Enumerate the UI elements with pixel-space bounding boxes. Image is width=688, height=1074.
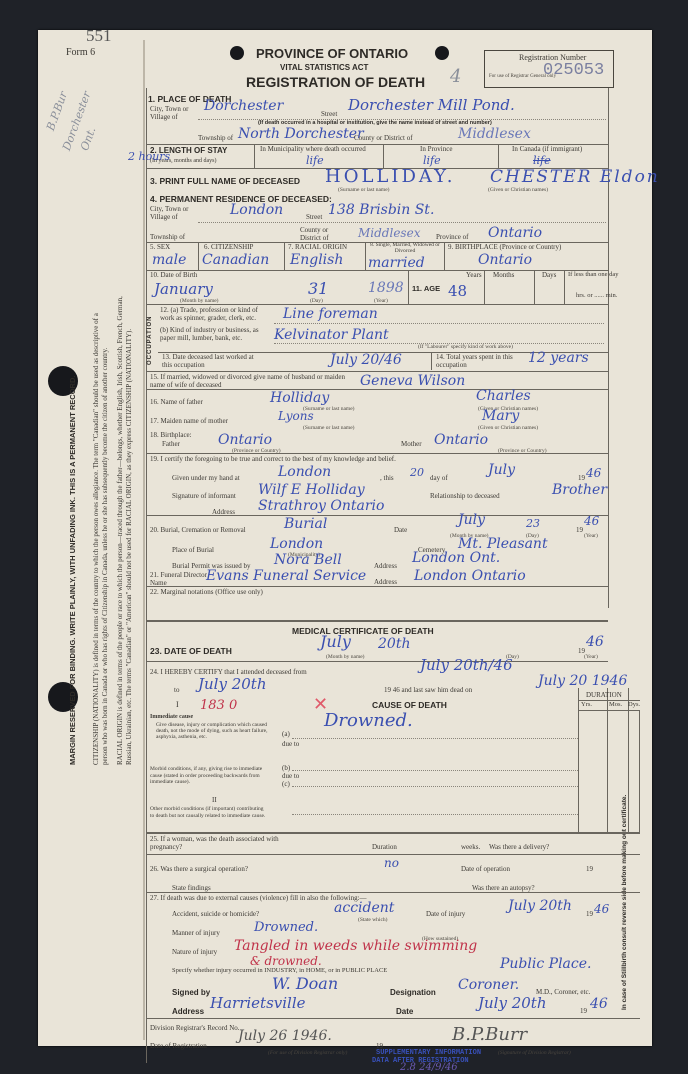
marital-status-label: 8. Single, Married, Widowed or Divorced xyxy=(368,242,442,254)
injury-location: Public Place. xyxy=(500,956,591,972)
occupation-side-label: OCCUPATION xyxy=(147,316,153,365)
permit-address-label: Address xyxy=(374,562,397,570)
place-of-death-county: Middlesex xyxy=(458,126,531,142)
certification-place: London xyxy=(278,464,331,480)
binding-margin-rule xyxy=(143,40,145,1040)
residence-province: Ontario xyxy=(488,225,542,241)
place-of-death-city: Dorchester xyxy=(204,98,283,114)
informant-signature: Wilf E Holliday xyxy=(258,482,365,498)
funeral-director-name: Evans Funeral Service xyxy=(206,568,366,584)
mother-surname: Lyons xyxy=(278,409,314,423)
due-to-label: due to xyxy=(282,740,299,748)
registrar-signature-label: (Signature of Division Registrar) xyxy=(498,1050,571,1056)
mother-birthplace: Ontario xyxy=(434,432,488,448)
cause-line-b: (b) xyxy=(282,764,290,772)
dob-label: 10. Date of Birth xyxy=(150,271,197,279)
racial-origin-value: English xyxy=(290,252,343,268)
stay-province-label: In Province xyxy=(420,145,452,153)
father-given: Charles xyxy=(476,388,531,404)
age-years: 48 xyxy=(448,282,467,300)
stay-municipality: life xyxy=(306,154,324,167)
attended-from: July 20th/46 xyxy=(420,656,513,674)
certification-month: July xyxy=(488,462,515,478)
registrar-signature: B.P.Burr xyxy=(452,1024,527,1045)
city-label: City, Town or Village of xyxy=(150,105,200,121)
margin-racial-note: RACIAL ORIGIN is defined in terms of the… xyxy=(116,296,124,765)
mother-given-caption: (Given or Christian names) xyxy=(478,425,538,431)
province-title: PROVINCE OF ONTARIO xyxy=(256,46,408,61)
father-name-label: 16. Name of father xyxy=(150,398,203,406)
signed-date-label: Date xyxy=(396,1007,413,1016)
nature-of-injury-label: Nature of injury xyxy=(172,948,217,956)
informant-address: Strathroy Ontario xyxy=(258,498,384,514)
given-at-label: Given under my hand at xyxy=(172,474,240,482)
age-label: 11. AGE xyxy=(412,284,440,293)
last-saw-label: 19 46 and last saw him dead on xyxy=(384,686,472,694)
margin-handwritten-note: Ont. xyxy=(78,125,98,152)
stay-municipality-label: In Municipality where death occurred xyxy=(260,145,366,153)
medical-certificate-title: MEDICAL CERTIFICATE OF DEATH xyxy=(292,626,434,636)
years-spent-label: 14. Total years spent in this occupation xyxy=(436,353,526,369)
accident-value: accident xyxy=(334,900,394,916)
last-saw-date: July 20 1946 xyxy=(538,673,627,689)
residence-street: 138 Brisbin St. xyxy=(328,202,434,218)
delivery-question: Was there a delivery? xyxy=(489,843,549,851)
margin-citizenship-note-2: person who was born in Canada or who has… xyxy=(101,348,109,765)
accident-question: Accident, suicide or homicide? xyxy=(172,910,259,918)
surgical-operation-value: no xyxy=(384,856,399,870)
deceased-surname: HOLLIDAY. xyxy=(325,166,455,187)
citizenship-value: Canadian xyxy=(202,252,269,268)
marital-status-value: married xyxy=(368,255,425,271)
registration-sublabel: For use of Registrar General only xyxy=(489,74,556,79)
certification-label: 19. I certify the foregoing to be true a… xyxy=(150,455,396,463)
birthplace-label: 9. BIRTHPLACE (Province or Country) xyxy=(448,243,561,251)
racial-origin-label: 7. RACIAL ORIGIN xyxy=(288,243,347,251)
supplementary-stamp-line1: SUPPLEMENTARY INFORMATION xyxy=(376,1049,481,1057)
date-of-death-month: July xyxy=(320,632,351,651)
punch-hole-icon xyxy=(230,46,244,60)
margin-racial-note-2: Russian, Ukrainian, etc. The terms "Cana… xyxy=(125,329,133,765)
duration-title: DURATION xyxy=(586,691,622,699)
autopsy-question: Was there an autopsy? xyxy=(472,884,535,892)
immediate-cause-desc: Give disease, injury or complication whi… xyxy=(156,722,268,740)
deceased-given-names: CHESTER Eldon xyxy=(490,167,660,187)
signed-by-label: Signed by xyxy=(172,988,210,997)
stay-canada: life xyxy=(533,154,551,167)
date-of-death-day: 20th xyxy=(378,636,410,652)
designation-label: Designation xyxy=(390,988,436,997)
last-worked-value: July 20/46 xyxy=(330,352,402,368)
dob-year: 1898 xyxy=(368,280,404,296)
age-months-label: Months xyxy=(493,271,514,279)
dod-year-caption: (Year) xyxy=(584,654,598,660)
injury-date: July 20th xyxy=(508,898,572,914)
signer-address: Harrietsville xyxy=(210,994,306,1012)
burial-label: 20. Burial, Cremation or Removal xyxy=(150,526,246,534)
immediate-cause-label: Immediate cause xyxy=(150,714,193,720)
designation-value: Coroner. xyxy=(458,977,519,993)
nature-of-injury-line2: & drowned. xyxy=(250,954,322,968)
signed-year: 46 xyxy=(590,996,608,1012)
burial-place: London xyxy=(270,536,323,552)
pregnancy-duration-label: Duration xyxy=(372,843,397,851)
margin-handwritten-note: B.P.Bur xyxy=(44,90,70,133)
dob-month: January xyxy=(154,280,213,298)
father-surname: Holliday xyxy=(270,390,329,406)
operation-date-label: Date of operation xyxy=(461,865,510,873)
labourer-note: (If "Labourer" specify kind of work abov… xyxy=(418,344,513,350)
full-name-label: 3. PRINT FULL NAME OF DECEASED xyxy=(150,176,300,186)
township-label: Township of xyxy=(198,134,233,142)
supplementary-stamp-date: 2.8 24/9/46 xyxy=(400,1062,458,1073)
weeks-label: weeks. xyxy=(461,843,480,851)
spouse-label: 15. If married, widowed or divorced give… xyxy=(150,373,360,389)
burial-type: Burial xyxy=(284,516,327,532)
findings-label: State findings xyxy=(172,884,211,892)
citizenship-label: 6. CITIZENSHIP xyxy=(204,243,253,251)
industry-value: Kelvinator Plant xyxy=(274,327,389,343)
trade-label: 12. (a) Trade, profession or kind of wor… xyxy=(160,306,270,322)
duration-years-col: Yrs. xyxy=(581,701,592,708)
sex-label: 5. SEX xyxy=(150,243,170,251)
cause-line-c: (c) xyxy=(282,780,290,788)
cause-of-death-title: CAUSE OF DEATH xyxy=(372,700,447,710)
mother-name-label: 17. Maiden name of mother xyxy=(150,417,228,425)
margin-citizenship-note: CITIZENSHIP (NATIONALITY) is defined in … xyxy=(92,313,100,765)
signed-by: W. Doan xyxy=(272,974,338,993)
father-birthplace-label: Father xyxy=(162,440,180,448)
cause-line-a: (a) xyxy=(282,730,290,738)
signed-year-prefix: 19 xyxy=(580,1007,587,1015)
corner-mark: 4 xyxy=(450,66,461,87)
residence-county: Middlesex xyxy=(358,226,420,240)
form-number: Form 6 xyxy=(66,47,95,58)
manner-of-injury: Drowned. xyxy=(254,920,318,935)
state-which-caption: (State which) xyxy=(358,917,387,923)
injury-year: 46 xyxy=(594,902,609,916)
to-label: to xyxy=(174,686,179,694)
page-title: REGISTRATION OF DEATH xyxy=(246,74,425,90)
county-label: County or District of xyxy=(354,134,413,142)
dod-month-caption: (Month by name) xyxy=(326,654,365,660)
mother-surname-caption: (Surname or last name) xyxy=(303,425,354,431)
operation-year-prefix: 19 xyxy=(586,865,593,873)
burial-permit-issuer: Nora Bell xyxy=(274,552,342,568)
residence-township-label: Township of xyxy=(150,233,185,241)
signer-address-label: Address xyxy=(172,1007,204,1016)
mother-given: Mary xyxy=(482,408,519,424)
marginal-notations-label: 22. Marginal notations (Office use only) xyxy=(150,588,263,596)
dob-day: 31 xyxy=(308,279,328,298)
surname-caption: (Surname or last name) xyxy=(338,187,389,193)
injury-location-label: Specify whether injury occurred in INDUS… xyxy=(172,967,387,974)
residence-street-label: Street xyxy=(306,213,322,221)
this-label: , this xyxy=(380,474,394,482)
page-number: 551 xyxy=(86,26,112,46)
burial-month: July xyxy=(458,512,485,528)
street-label: Street xyxy=(321,110,337,118)
father-birthplace: Ontario xyxy=(218,432,272,448)
place-of-death-street: Dorchester Mill Pond. xyxy=(348,96,515,114)
age-days-label: Days xyxy=(542,271,556,279)
place-of-death-township: North Dorchester xyxy=(238,126,364,142)
residence-city: London xyxy=(230,202,283,218)
relationship-label: Relationship to deceased xyxy=(430,492,500,500)
certification-year: 46 xyxy=(586,466,601,480)
permit-address: London Ont. xyxy=(412,550,500,566)
registration-date-label: Date of Registration xyxy=(150,1042,207,1050)
burial-year-prefix: 19 xyxy=(576,526,583,534)
due-to-label: due to xyxy=(282,772,299,780)
mother-birthplace-label: Mother xyxy=(401,440,422,448)
morbid-conditions-desc: Morbid conditions, if any, giving rise t… xyxy=(150,766,268,786)
day-of-label: day of xyxy=(430,474,448,482)
funeral-director-label: 21. Funeral Director Name xyxy=(150,571,210,587)
date-of-death-year: 46 xyxy=(586,634,604,650)
burial-day: 23 xyxy=(526,517,540,530)
roman-one: I xyxy=(176,700,179,709)
spouse-value: Geneva Wilson xyxy=(360,373,465,389)
industry-label: (b) Kind of industry or business, as pap… xyxy=(160,326,270,342)
sex-value: male xyxy=(152,252,186,268)
burial-date-label: Date xyxy=(394,526,407,534)
attended-to: July 20th xyxy=(198,675,267,693)
stay-canada-label: In Canada (if immigrant) xyxy=(512,145,582,153)
certification-day: 20 xyxy=(410,466,424,479)
registration-date: July 26 1946. xyxy=(238,1028,332,1044)
residence-province-label: Province of xyxy=(436,233,468,241)
funeral-address: London Ontario xyxy=(414,568,526,584)
margin-length-note: 2 hours xyxy=(128,150,170,163)
burial-year: 46 xyxy=(584,514,599,528)
act-title: VITAL STATISTICS ACT xyxy=(280,63,368,72)
manner-of-injury-label: Manner of injury xyxy=(172,929,220,937)
roman-two: II xyxy=(212,796,217,804)
years-spent-value: 12 years xyxy=(528,350,589,366)
duration-days-col: Dys. xyxy=(628,701,640,708)
registration-number-box: Registration Number 025053 For use of Re… xyxy=(484,50,614,88)
punch-hole-icon xyxy=(435,46,449,60)
trade-value: Line foreman xyxy=(283,306,378,322)
informant-label: Signature of informant xyxy=(172,492,236,500)
stillbirth-note: In case of Stillbirth consult reverse si… xyxy=(621,795,628,1010)
immediate-cause-value: Drowned. xyxy=(324,710,413,731)
margin-binding-note: MARGIN RESERVED FOR BINDING. WRITE PLAIN… xyxy=(68,376,77,765)
given-caption: (Given or Christian names) xyxy=(488,187,548,193)
pregnancy-question: 25. If a woman, was the death associated… xyxy=(150,835,300,851)
burial-place-label: Place of Burial xyxy=(172,546,214,554)
date-of-death-label: 23. DATE OF DEATH xyxy=(150,646,232,656)
residence-county-label: County or District of xyxy=(300,226,350,242)
division-registrar-use-label: (For use of Division Registrar only) xyxy=(268,1050,347,1056)
relationship-value: Brother xyxy=(552,482,607,498)
duration-months-col: Mos. xyxy=(609,701,622,708)
injury-year-prefix: 19 xyxy=(586,910,593,918)
residence-city-label: City, Town or Village of xyxy=(150,205,200,221)
registrar-record-label: Division Registrar's Record No. xyxy=(150,1024,240,1032)
age-years-label: Years xyxy=(466,271,482,279)
surgical-operation-question: 26. Was there a surgical operation? xyxy=(150,865,248,873)
signed-date: July 20th xyxy=(478,994,547,1012)
hrs-min-label: hrs. or ...... min. xyxy=(576,292,617,299)
injury-date-label: Date of injury xyxy=(426,910,465,918)
cause-code: 183 0 xyxy=(200,698,237,713)
burial-year-caption: (Year) xyxy=(584,533,598,539)
birthplaces-label: 18. Birthplace: xyxy=(150,431,192,439)
death-registration-form: 551 Form 6 PROVINCE OF ONTARIO VITAL STA… xyxy=(38,30,652,1046)
nature-of-injury-line1: Tangled in weeds while swimming xyxy=(234,938,477,954)
last-worked-label: 13. Date deceased last worked at this oc… xyxy=(162,353,262,369)
less-than-day-label: If less than one day xyxy=(568,271,619,278)
funeral-address-label: Address xyxy=(374,578,397,586)
year-prefix: 19 xyxy=(578,474,585,482)
other-conditions-desc: Other morbid conditions (if important) c… xyxy=(150,806,268,819)
birthplace-value: Ontario xyxy=(478,252,532,268)
